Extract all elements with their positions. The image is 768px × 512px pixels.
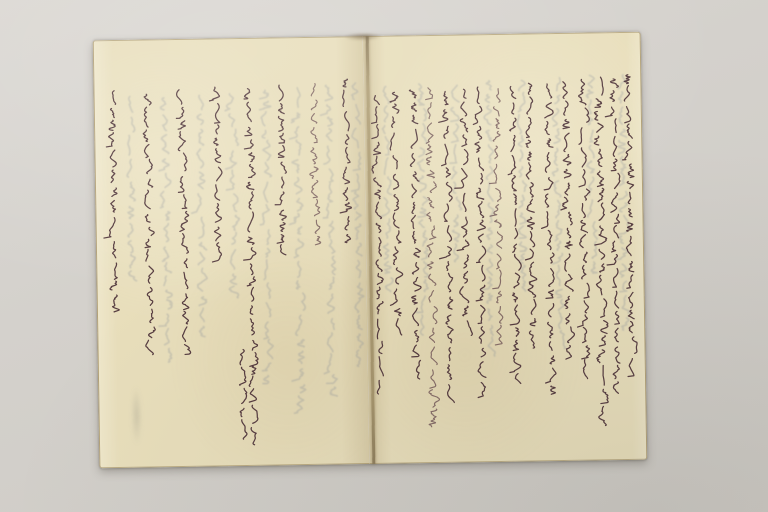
handwriting-column — [621, 75, 637, 377]
handwriting-column — [102, 91, 120, 312]
bleed-through-column — [478, 81, 496, 356]
bleed-through-column — [258, 90, 275, 383]
bleed-through-column — [585, 75, 597, 273]
handwriting-column — [142, 94, 156, 355]
bleed-through-column — [126, 96, 137, 281]
ink-smudge — [130, 379, 143, 453]
bleed-through-column — [190, 95, 208, 336]
bleed-through-column — [287, 88, 306, 413]
handwriting-columns-right — [363, 33, 647, 463]
bleed-through-column — [350, 83, 365, 366]
handwriting-column — [523, 83, 538, 348]
handwriting-column — [437, 91, 455, 402]
handwriting-column — [209, 87, 223, 262]
bleed-through-column — [449, 85, 463, 261]
handwriting-column — [539, 84, 557, 395]
handwriting-column — [273, 85, 287, 255]
handwriting-column — [241, 89, 259, 445]
photo-backdrop — [0, 0, 768, 512]
manuscript-page-left — [93, 36, 370, 468]
bleed-through-column — [156, 98, 174, 362]
bleed-through-column — [413, 84, 430, 335]
handwriting-column — [473, 87, 488, 398]
handwriting-column — [239, 350, 247, 440]
handwriting-column — [308, 84, 320, 245]
bleed-through-column — [378, 86, 394, 291]
manuscript-page-right — [363, 32, 648, 464]
handwriting-column — [338, 79, 352, 243]
handwriting-column — [408, 90, 423, 379]
handwriting-column — [387, 92, 403, 335]
handwriting-column — [453, 89, 472, 335]
handwriting-column — [176, 90, 191, 355]
manuscript-book — [93, 32, 648, 469]
bleed-through-column — [320, 85, 338, 396]
gutter-top-smudge-stain — [337, 31, 389, 43]
bleed-through-column — [225, 94, 241, 298]
